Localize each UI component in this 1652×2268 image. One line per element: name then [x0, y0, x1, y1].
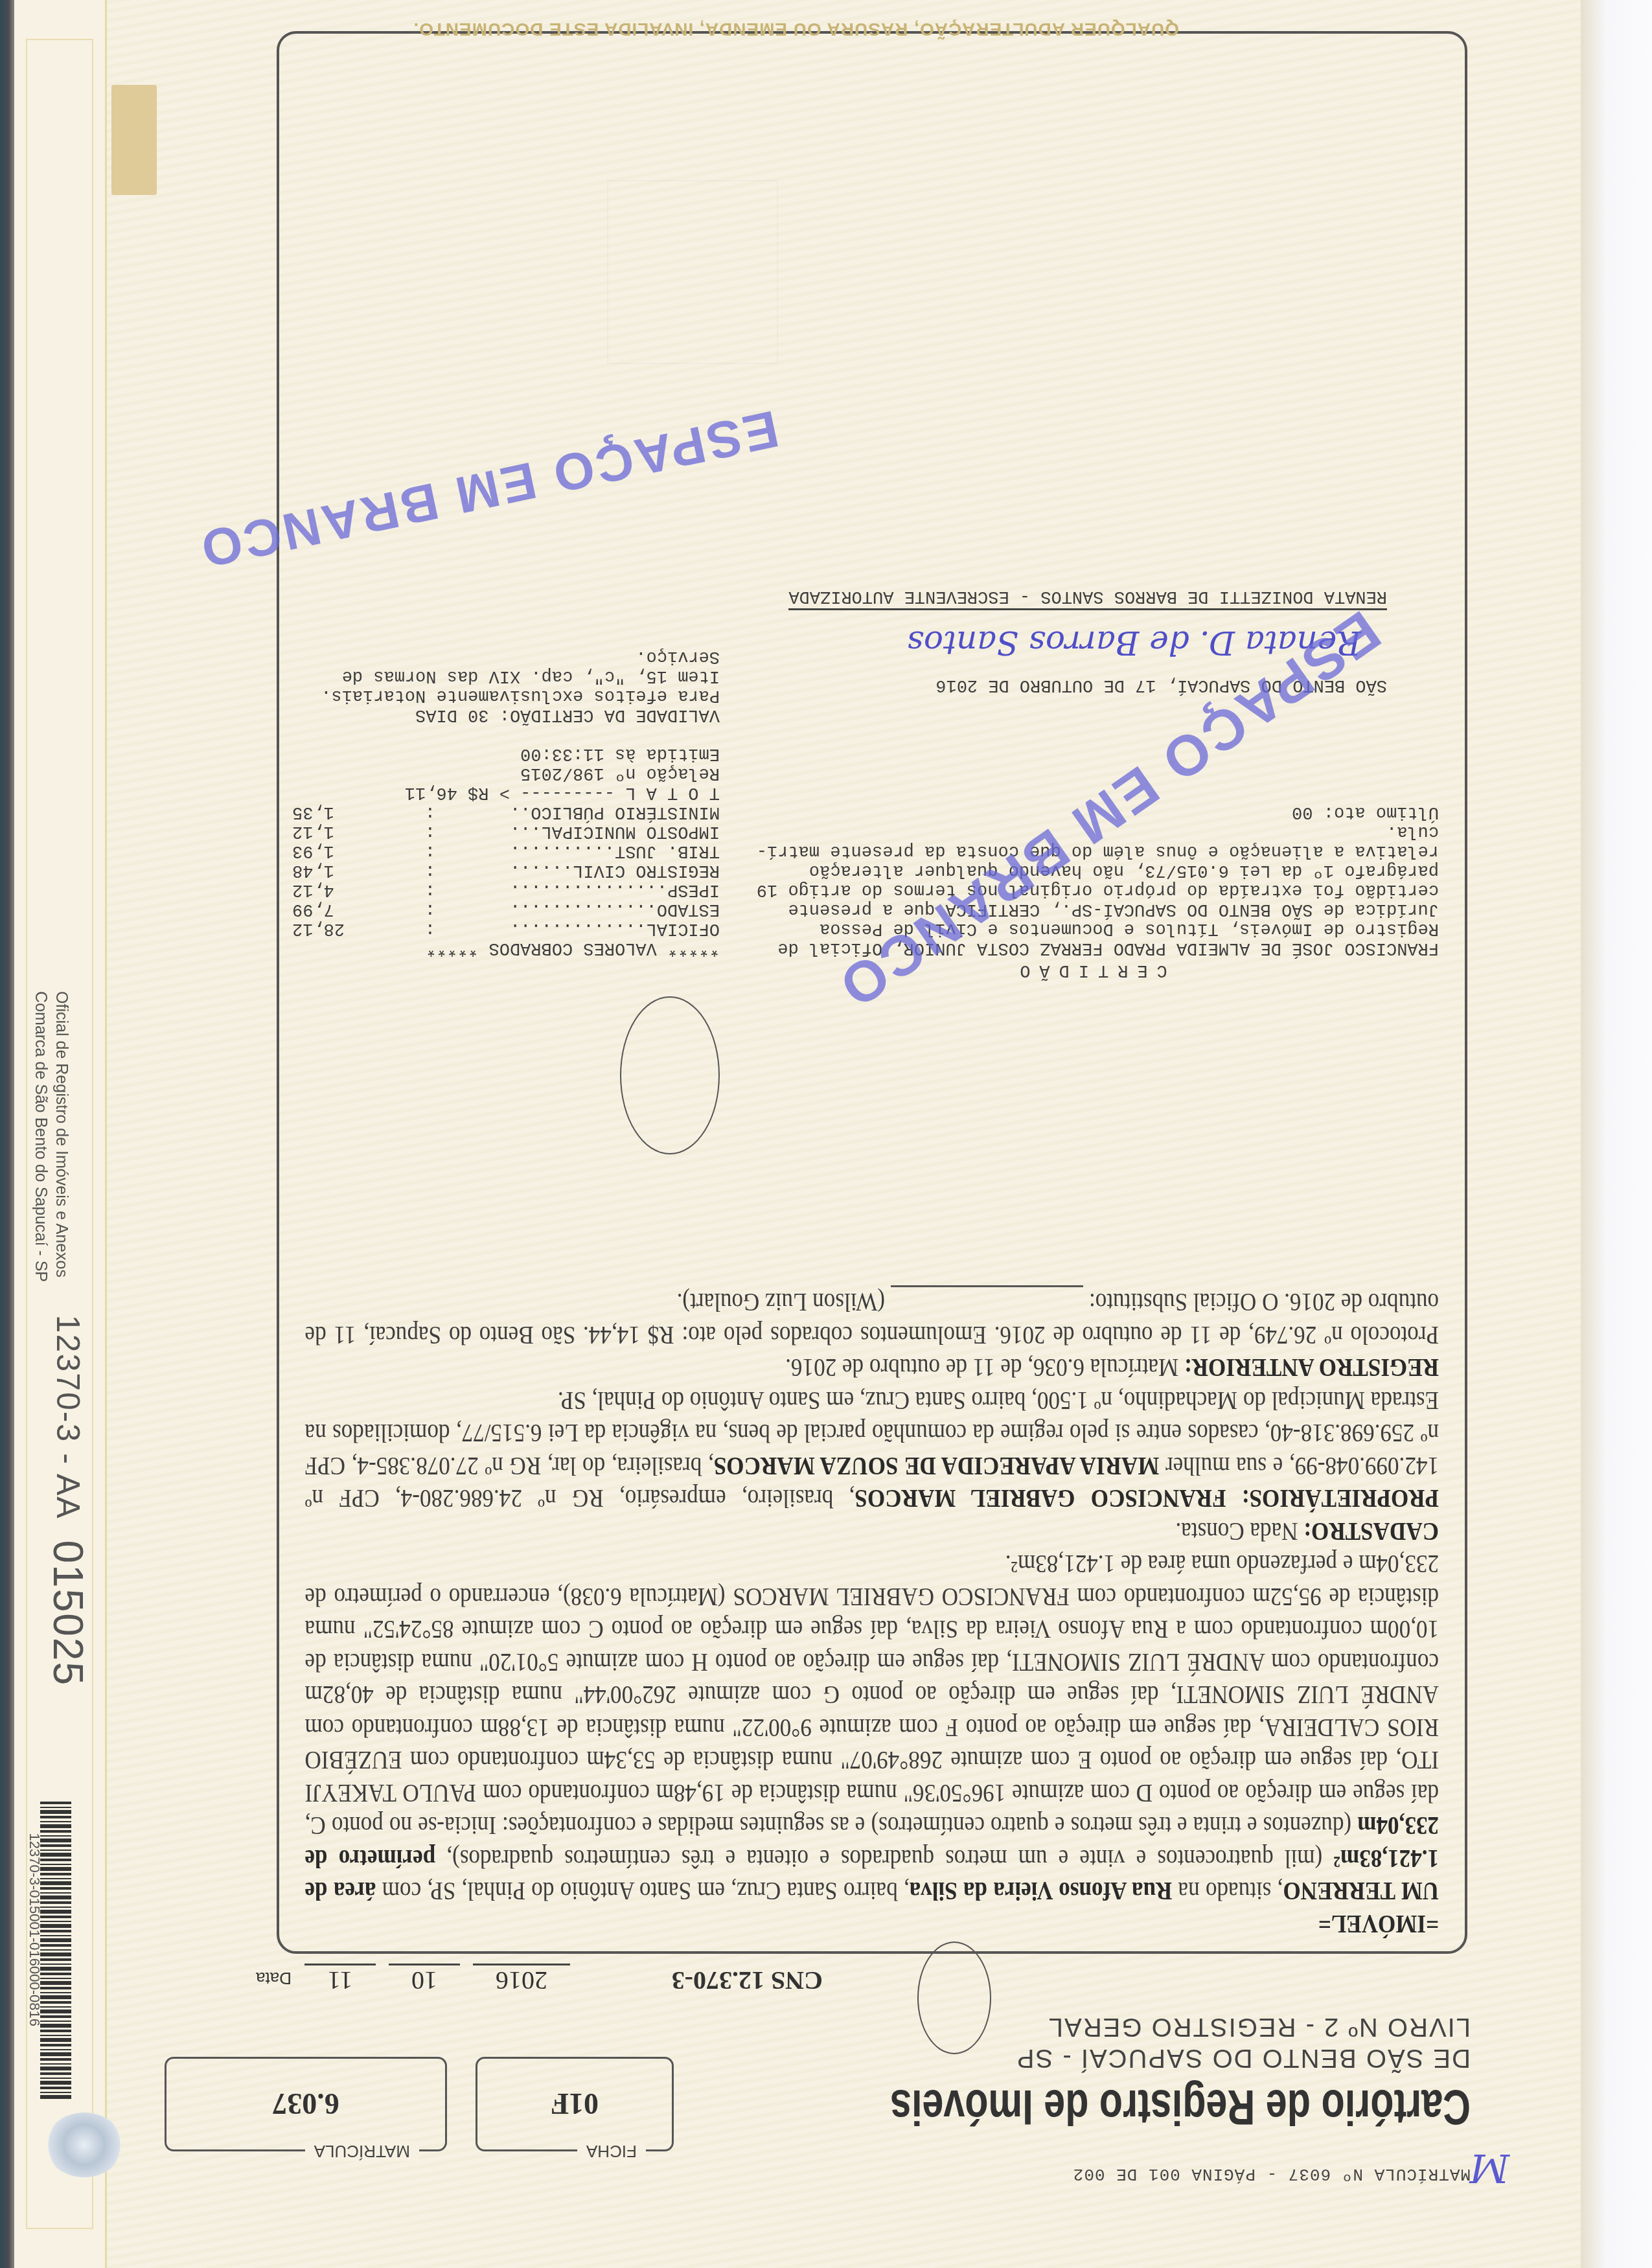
imovel-text-1: , situado na — [1172, 1877, 1283, 1905]
gold-logo-tab — [111, 85, 157, 195]
fee-label: MINISTÉRIO PÚBLICO.. — [510, 802, 720, 821]
official-signature-line — [891, 1285, 1083, 1287]
validity: VALIDADE DA CERTIDÃO: 30 DIAS — [292, 705, 720, 724]
certidao-line: Registro de Imóveis, Títulos e Documento… — [739, 919, 1439, 938]
ficha-label: FICHA — [577, 2141, 646, 2161]
matricula-label: MATRÍCULA — [305, 2141, 419, 2161]
official-signer-name: (Wilson Luiz Goulart). — [677, 1289, 885, 1316]
fee-label: REGISTRO CIVIL...... — [510, 860, 720, 880]
office-line-1: Oficial de Registro de Imóveis e Anexos — [52, 991, 71, 1277]
protocolo-block: Protocolo nº 26.749, de 11 de outubro de… — [305, 1285, 1440, 1351]
fee-row: IMPOSTO MUNICIPAL...:1,12 — [292, 821, 720, 841]
office-line-2: Comarca de São Bento do Sapucaí - SP — [31, 991, 50, 1282]
registry-title: Cartório de Registro de Imóveis — [890, 2079, 1471, 2135]
emission-time: Emitida às 11:33:00 — [292, 744, 720, 763]
date-year: 2016 — [473, 1964, 570, 1996]
date-day: 11 — [304, 1964, 376, 1996]
tamper-warning: QUALQUER ADULTERAÇÃO, RASURA OU EMENDA, … — [413, 19, 1179, 40]
owner-1: FRANCISCO GABRIEL MARCOS — [855, 1485, 1241, 1513]
serial-number-block: 12370-3 - AA 015025 — [44, 1315, 92, 1686]
registro-anterior-line: REGISTRO ANTERIOR: Matrícula 6.036, de 1… — [305, 1351, 1440, 1384]
registro-anterior-value: Matrícula 6.036, de 11 de outubro de 201… — [785, 1354, 1184, 1382]
barcode-icon — [40, 1801, 71, 2099]
fee-row: OFICIAL.............:28,12 — [292, 919, 720, 938]
registry-document-page: 12370-3-015001-016000-0816 12370-3 - AA … — [14, 0, 1581, 2268]
fee-value: 4,12 — [292, 880, 350, 899]
certidao-line: certidão foi extraída do próprio origina… — [739, 880, 1439, 899]
imovel-description: UM TERRENO, situado na Rua Afonso Vieira… — [305, 1547, 1440, 1907]
fee-row: REGISTRO CIVIL......:1,48 — [292, 860, 720, 880]
certidao-line: Jurídica de SÃO BENTO DO SAPUCAÍ-SP., CE… — [739, 899, 1439, 919]
document-header: MATRÍCULA Nº 6037 - PÁGINA 001 DE 002 M … — [143, 1925, 1471, 2184]
hologram-seal-icon — [45, 2113, 123, 2177]
matricula-box: MATRÍCULA 6.037 — [165, 2057, 447, 2151]
date-label: Data — [256, 1968, 292, 1988]
fee-row: MINISTÉRIO PÚBLICO..:1,35 — [292, 802, 720, 821]
fee-row: ESTADO..............:7,99 — [292, 899, 720, 919]
fee-label: OFICIAL............. — [510, 919, 720, 938]
relacao-number: Relação nº 198/2015 — [292, 763, 720, 783]
fee-value: 1,12 — [292, 821, 350, 841]
fee-value: 28,12 — [292, 919, 350, 938]
imovel-street: Rua Afonso Vieira da Silva — [910, 1877, 1173, 1905]
barcode-number: 12370-3-015001-016000-0816 — [26, 1833, 43, 2026]
proprietarios-block: PROPRIETÁRIOS: FRANCISCO GABRIEL MARCOS,… — [305, 1384, 1440, 1515]
matricula-value: 6.037 — [272, 2087, 339, 2122]
registro-anterior-label: REGISTRO ANTERIOR: — [1184, 1354, 1439, 1382]
imovel-heading: =IMÓVEL= — [305, 1907, 1440, 1940]
registry-subtitle: DE SÃO BENTO DO SAPUCAÍ - SP LIVRO Nº 2 … — [1016, 2011, 1471, 2074]
fees-header: ***** VALORES COBRADOS ***** — [292, 938, 720, 957]
notary-seal-watermark — [607, 180, 778, 364]
cadastro-label: CADASTRO: — [1303, 1517, 1439, 1545]
page-reference: MATRÍCULA Nº 6037 - PÁGINA 001 DE 002 — [1073, 2164, 1471, 2184]
security-strip: 12370-3-015001-016000-0816 12370-3 - AA … — [14, 0, 107, 2268]
fee-label: ESTADO.............. — [510, 899, 720, 919]
fee-label: IMPOSTO MUNICIPAL... — [510, 821, 720, 841]
scanner-left-edge — [0, 0, 14, 2268]
imovel-text-4: (duzentos e trinta e três metros e quatr… — [305, 1550, 1440, 1840]
cadastro-value: Nada Consta. — [1175, 1517, 1303, 1545]
escrevente-name: RENATA DONIZETTI DE BARROS SANTOS - ESCR… — [788, 586, 1387, 610]
ficha-box: FICHA 01F — [476, 2057, 674, 2151]
fee-value: 7,99 — [292, 899, 350, 919]
serial-prefix: 12370-3 - AA — [50, 1315, 86, 1520]
imovel-intro: UM TERRENO — [1283, 1877, 1439, 1905]
imovel-text-3: (mil quatrocentos e vinte e um metros qu… — [435, 1844, 1333, 1872]
fee-row: TRIB. JUST..........:1,93 — [292, 841, 720, 860]
subtitle-book: LIVRO Nº 2 - REGISTRO GERAL — [1016, 2011, 1471, 2043]
fees-total: T O T A L --------- > R$ 46,11 — [292, 783, 720, 802]
handwritten-circle — [917, 1942, 991, 2054]
fee-row: IPESP...............:4,12 — [292, 880, 720, 899]
owner-2: MARIA APARECIDA DE SOUZA MARCOS — [714, 1452, 1160, 1480]
serial-number: 015025 — [45, 1541, 91, 1687]
validity-note: Para efeitos exclusivamente Notariais. I… — [292, 647, 720, 705]
fees-table: ***** VALORES COBRADOS ***** OFICIAL....… — [292, 647, 720, 979]
scanner-right-edge — [1581, 0, 1652, 2268]
fee-label: IPESP............... — [510, 880, 720, 899]
registration-text: =IMÓVEL= UM TERRENO, situado na Rua Afon… — [305, 1285, 1440, 1940]
handwritten-initial: M — [1470, 2145, 1509, 2190]
subtitle-city: DE SÃO BENTO DO SAPUCAÍ - SP — [1016, 2043, 1471, 2074]
date-month: 10 — [389, 1964, 460, 1996]
fee-value: 1,93 — [292, 841, 350, 860]
official-signature-scribble — [620, 996, 720, 1154]
cadastro-line: CADASTRO: Nada Consta. — [305, 1515, 1440, 1548]
imovel-text-2: , bairro Santa Cruz, em Santo Antônio do… — [376, 1877, 909, 1905]
cns-number: CNS 12.370-3 — [672, 1965, 823, 1996]
fee-value: 1,35 — [292, 802, 350, 821]
fee-value: 1,48 — [292, 860, 350, 880]
ficha-value: 01F — [551, 2087, 599, 2122]
fee-label: TRIB. JUST.......... — [510, 841, 720, 860]
proprietarios-label: PROPRIETÁRIOS: — [1242, 1485, 1439, 1513]
date-row: CNS 12.370-3 2016 10 11 Data — [168, 1957, 823, 1996]
